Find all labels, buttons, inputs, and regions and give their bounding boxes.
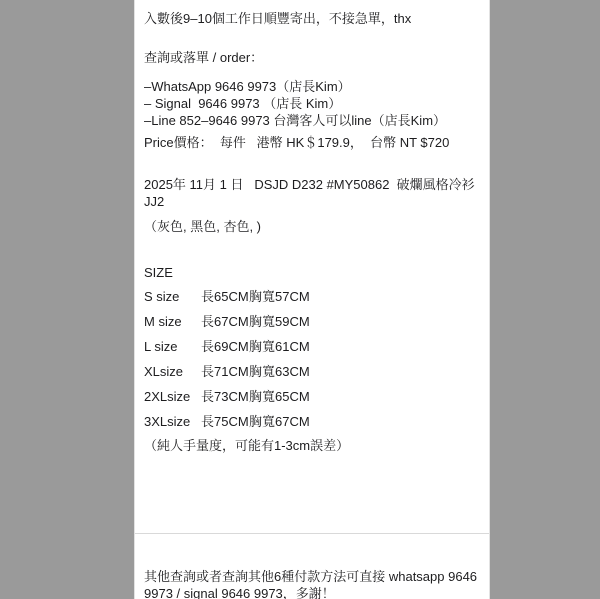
size-row-m: M size 長67CM 胸寬59CM [144,313,479,330]
contact-line: –Line 852–9646 9973 台灣客人可以line（店長Kim） [144,112,479,129]
size-chest: 胸寬65CM [249,388,479,405]
size-length: 長75CM [201,413,249,430]
contact-whatsapp: –WhatsApp 9646 9973（店長Kim） [144,78,479,95]
page-background: 入數後9–10個工作日順豐寄出，不接急單，thx 查詢或落單 / order： … [0,0,600,599]
size-length: 長65CM [201,288,249,305]
size-row-s: S size 長65CM 胸寬57CM [144,288,479,305]
size-label: 3XLsize [144,413,201,430]
size-label: 2XLsize [144,388,201,405]
order-heading: 查詢或落單 / order： [144,49,479,66]
size-length: 長71CM [201,363,249,380]
size-length: 長73CM [201,388,249,405]
product-date-line: 2025年 11月 1 日 DSJD D232 #MY50862 破爛風格冷衫 … [144,176,479,210]
price-line: Price價格： 每件 港幣 HK＄179.9， 台幣 NT $720 [144,134,479,151]
size-chest: 胸寬63CM [249,363,479,380]
measurement-note: （純人手量度，可能有1-3cm誤差） [144,437,479,454]
document-content: 入數後9–10個工作日順豐寄出，不接急單，thx 查詢或落單 / order： … [135,0,489,454]
contact-signal: – Signal 9646 9973 （店長 Kim） [144,95,479,112]
size-row-l: L size 長69CM 胸寬61CM [144,338,479,355]
shipping-note: 入數後9–10個工作日順豐寄出，不接急單，thx [144,10,479,27]
footer-note: 其他查詢或者查詢其他6種付款方法可直接 whatsapp 9646 9973 /… [144,568,482,599]
product-colors-line: （灰色, 黑色, 杏色, ) [144,218,479,235]
document-panel: 入數後9–10個工作日順豐寄出，不接急單，thx 查詢或落單 / order： … [134,0,490,599]
size-label: M size [144,313,201,330]
size-label: L size [144,338,201,355]
size-chart-heading: SIZE [144,264,479,281]
size-chest: 胸寬59CM [249,313,479,330]
size-length: 長67CM [201,313,249,330]
size-row-3xl: 3XLsize 長75CM 胸寬67CM [144,413,479,430]
size-label: XLsize [144,363,201,380]
size-chest: 胸寬57CM [249,288,479,305]
size-row-2xl: 2XLsize 長73CM 胸寬65CM [144,388,479,405]
size-chest: 胸寬67CM [249,413,479,430]
size-label: S size [144,288,201,305]
size-length: 長69CM [201,338,249,355]
size-row-xl: XLsize 長71CM 胸寬63CM [144,363,479,380]
footer-divider [135,533,489,534]
size-chest: 胸寬61CM [249,338,479,355]
